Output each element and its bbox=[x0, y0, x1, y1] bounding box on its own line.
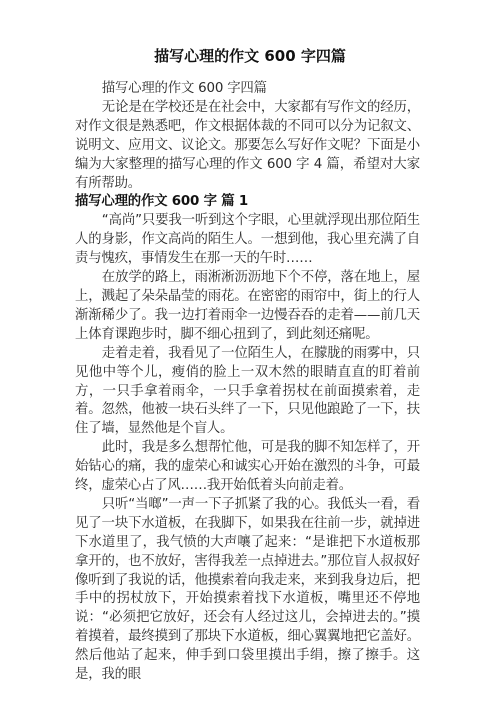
paragraph: 在放学的路上，雨淅淅沥沥地下个不停，落在地上，屋上，溅起了朵朵晶莹的雨花。在密密… bbox=[75, 269, 420, 345]
paragraph: 只听“当啷”一声一下子抓紧了我的心。我低头一看，看见了一块下水道板，在我脚下，如… bbox=[75, 496, 420, 685]
paragraph: 走着走着，我看见了一位陌生人，在朦胧的雨雾中，只见他中等个儿，瘦俏的脸上一双木然… bbox=[75, 345, 420, 440]
paragraph: 此时，我是多么想帮忙他，可是我的脚不知怎样了，开始钻心的痛，我的虚荣心和诚实心开… bbox=[75, 439, 420, 496]
paragraph: “高尚”只要我一听到这个字眼，心里就浮现出那位陌生人的身影，作文高尚的陌生人。一… bbox=[75, 212, 420, 269]
document-title: 描写心理的作文 600 字四篇 bbox=[0, 46, 500, 66]
section-heading: 描写心理的作文 600 字 篇 1 bbox=[75, 193, 420, 212]
paragraph-intro: 无论是在学校还是在社会中，大家都有写作文的经历，对作文很是熟悉吧，作文根据体裁的… bbox=[75, 99, 420, 194]
document-body: 描写心理的作文 600 字四篇 无论是在学校还是在社会中，大家都有写作文的经历，… bbox=[75, 80, 420, 685]
paragraph-subtitle: 描写心理的作文 600 字四篇 bbox=[75, 80, 420, 99]
